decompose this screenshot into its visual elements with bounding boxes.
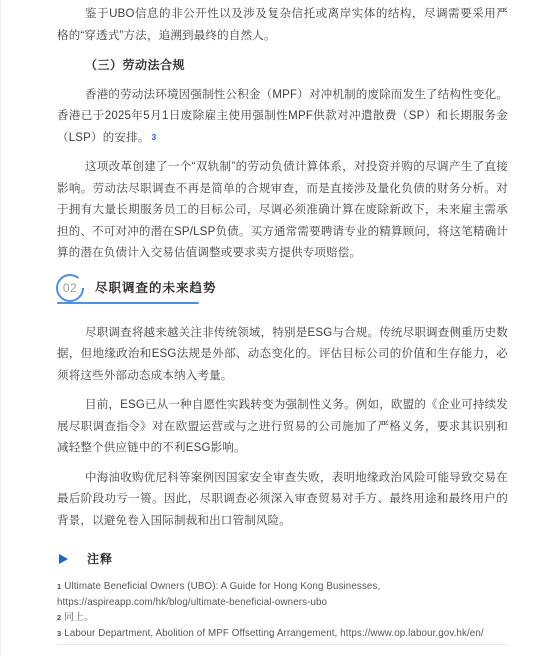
notes-title: 注释 xyxy=(87,550,113,567)
section-number: 02 xyxy=(55,273,85,303)
notes-header: 注释 xyxy=(59,550,508,567)
section-02-header: 02 尽职调查的未来趋势 xyxy=(55,273,508,309)
footnote-item-2: 2同上。 xyxy=(57,610,508,626)
document-page: 鉴于UBO信息的非公开性以及涉及复杂信托或离岸实体的结构，尽调需要采用严格的“穿… xyxy=(0,0,560,656)
footnote-1-text: 1Ultimate Beneficial Owners (UBO): A Gui… xyxy=(57,579,508,595)
subsection-heading-labor-compliance: （三）劳动法合规 xyxy=(57,55,508,77)
section-title-underline xyxy=(57,302,199,304)
paragraph-geopolitical-risk: 中海油收购优尼科等案例因国家安全审查失败，表明地缘政治风险可能导致交易在最后阶段… xyxy=(57,468,508,533)
footnote-1-marker: 1 xyxy=(57,582,61,591)
footnote-divider xyxy=(57,644,508,645)
triangle-bullet-icon xyxy=(59,554,68,564)
footnote-1-url[interactable]: https://aspireapp.com/hk/blog/ultimate-b… xyxy=(57,595,508,611)
footnote-3-marker: 3 xyxy=(57,629,61,638)
paragraph-mpf-text: 香港的劳动法环境因强制性公积金（MPF）对冲机制的废除而发生了结构性变化。香港已… xyxy=(57,89,508,144)
footnote-ref-3[interactable]: 3 xyxy=(152,132,157,142)
footnote-3-text[interactable]: 3Labour Department, Abolition of MPF Off… xyxy=(57,626,508,642)
section-title: 尽职调查的未来趋势 xyxy=(95,278,217,296)
footnote-item-3: 3Labour Department, Abolition of MPF Off… xyxy=(57,626,508,642)
paragraph-dual-track-liability: 这项改革创建了一个“双轨制”的劳动负债计算体系，对投资并购的尽调产生了直接影响。… xyxy=(57,157,508,265)
footnote-2-marker: 2 xyxy=(57,613,61,622)
paragraph-esg-focus: 尽职调查将越来越关注非传统领域，特别是ESG与合规。传统尽职调查侧重历史数据，但… xyxy=(57,323,508,388)
footnote-2-text: 2同上。 xyxy=(57,610,508,626)
paragraph-esg-mandatory: 目前，ESG已从一种自愿性实践转变为强制性义务。例如，欧盟的《企业可持续发展尽职… xyxy=(57,395,508,460)
paragraph-mpf-reform: 香港的劳动法环境因强制性公积金（MPF）对冲机制的废除而发生了结构性变化。香港已… xyxy=(57,85,508,150)
paragraph-ubo-piercing: 鉴于UBO信息的非公开性以及涉及复杂信托或离岸实体的结构，尽调需要采用严格的“穿… xyxy=(57,4,508,47)
footnotes-list: 1Ultimate Beneficial Owners (UBO): A Gui… xyxy=(57,579,508,645)
footnote-item-1: 1Ultimate Beneficial Owners (UBO): A Gui… xyxy=(57,579,508,610)
